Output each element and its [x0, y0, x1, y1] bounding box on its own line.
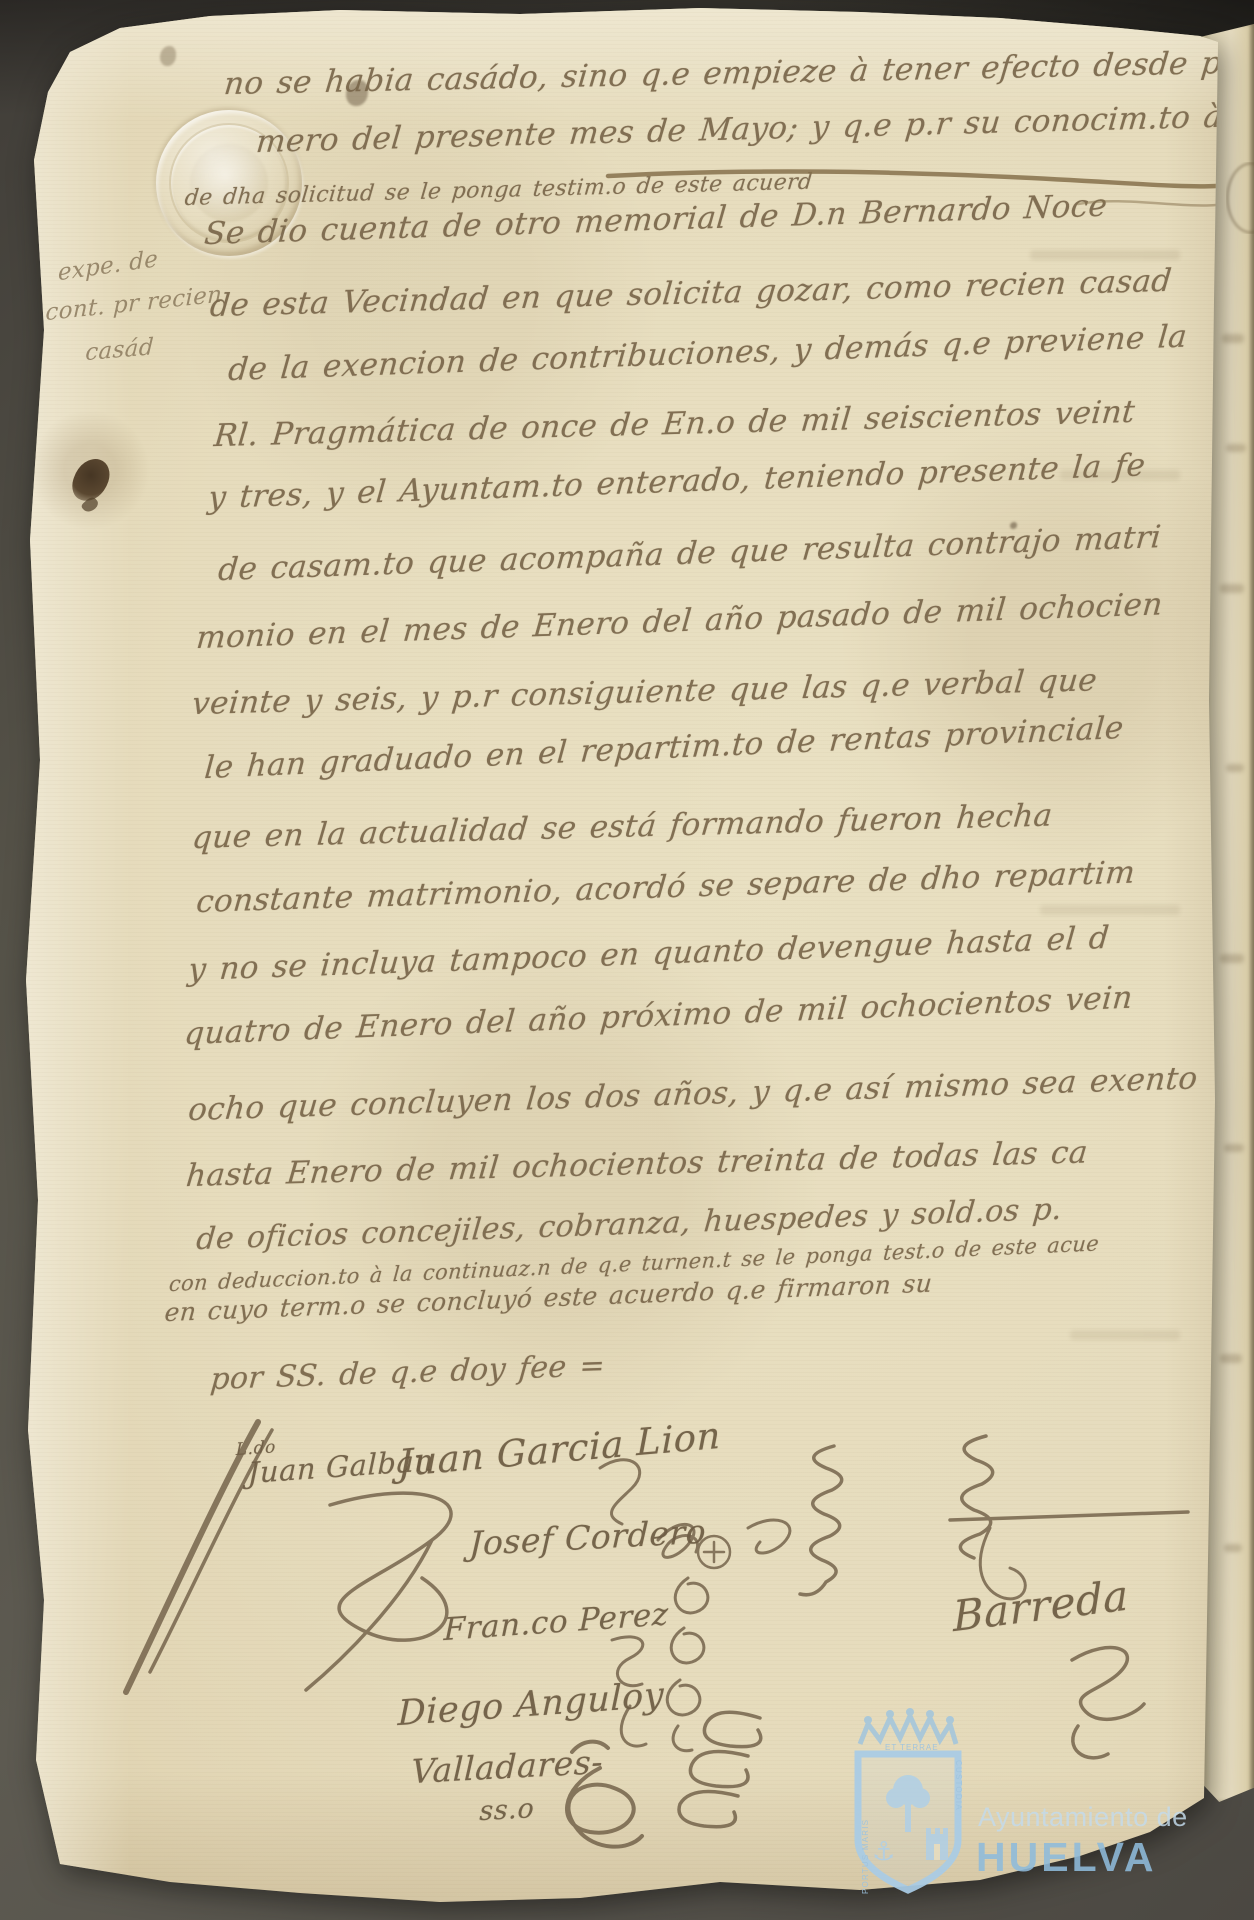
document-page-shadow: expe. decont. pr reciencasád no se habia…	[0, 0, 1254, 1920]
huelva-watermark: ⚓ ET TERRAE PORTUS MARIS CUSTODIA Ayunta…	[828, 1692, 1254, 1912]
shield-text-right: CUSTODIA	[954, 1760, 963, 1811]
watermark-city-name: HUELVA	[976, 1834, 1156, 1881]
underline-stroke	[608, 171, 1216, 186]
shield-text-left: PORTUS MARIS	[861, 1819, 870, 1894]
shield-text-top: ET TERRAE	[885, 1743, 939, 1752]
archive-photo: expe. decont. pr reciencasád no se habia…	[0, 0, 1254, 1920]
anchor-icon: ⚓	[872, 1837, 895, 1867]
document-page: expe. decont. pr reciencasád no se habia…	[0, 0, 1254, 1920]
signature-flourishes	[0, 0, 1254, 1920]
watermark-org-name: Ayuntamiento de	[978, 1802, 1188, 1833]
